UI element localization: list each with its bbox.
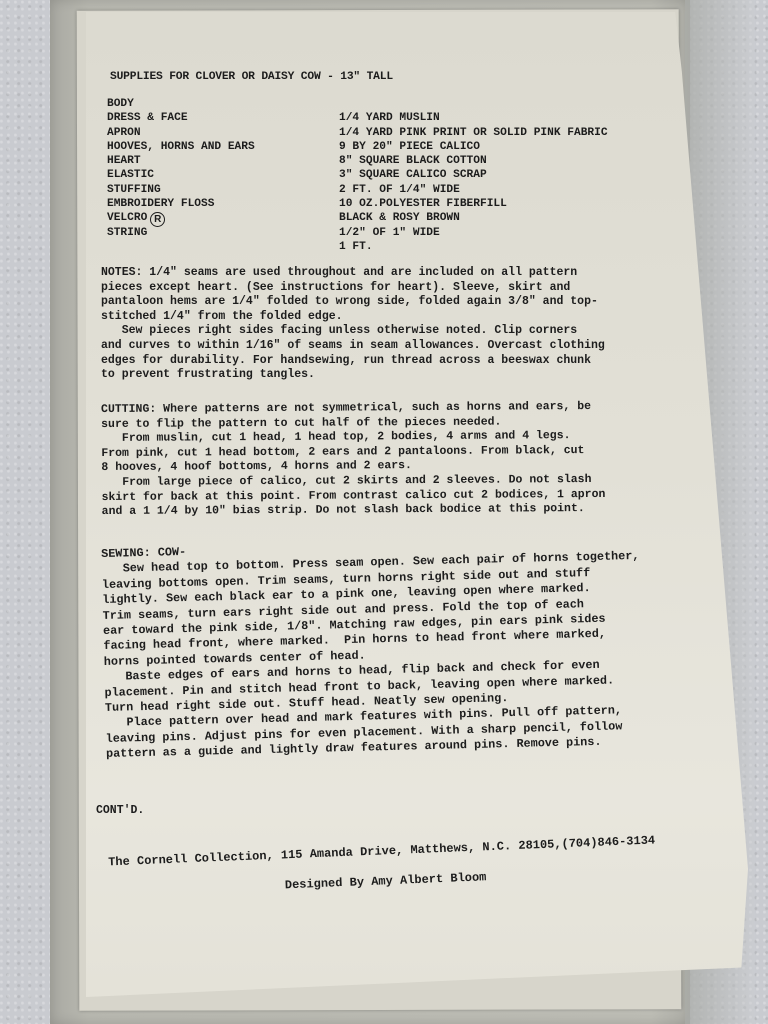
notes-line: pantaloon hems are 1/4" folded to wrong … [101, 295, 605, 310]
supply-row: STRING1/2" OF 1" WIDE [107, 227, 608, 241]
footer-designer: Designed By Amy Albert Bloom [285, 863, 657, 892]
registered-trademark-icon: R [150, 212, 165, 227]
supply-row: APRON1/4 YARD PINK PRINT OR SOLID PINK F… [107, 127, 608, 141]
supply-item: VELCROR [107, 212, 339, 226]
supply-item: STRING [107, 227, 339, 241]
supply-quantity: 3" SQUARE CALICO SCRAP [339, 169, 487, 183]
notes-line: stitched 1/4" from the folded edge. [101, 310, 605, 325]
footer-address: The Cornell Collection, 115 Amanda Drive… [108, 833, 655, 869]
supply-quantity: 1 FT. [339, 241, 373, 255]
cutting-section: CUTTING: Where patterns are not symmetri… [101, 400, 606, 520]
supply-row: STUFFING2 FT. OF 1/4" WIDE [107, 184, 608, 198]
supply-item: DRESS & FACE [107, 112, 339, 126]
continued-label: CONT'D. [96, 804, 144, 817]
supply-row: BODY [107, 98, 608, 112]
supply-row: 1 FT. [107, 241, 608, 255]
supply-row: ELASTIC3" SQUARE CALICO SCRAP [107, 169, 608, 183]
supply-row: DRESS & FACE1/4 YARD MUSLIN [107, 112, 608, 126]
supply-quantity: 2 FT. OF 1/4" WIDE [339, 184, 460, 198]
supply-item: EMBROIDERY FLOSS [107, 198, 339, 212]
supply-row: HOOVES, HORNS AND EARS9 BY 20" PIECE CAL… [107, 141, 608, 155]
cutting-line: CUTTING: Where patterns are not symmetri… [101, 400, 605, 418]
notes-line: and curves to within 1/16" of seams in s… [101, 339, 605, 354]
supply-item: APRON [107, 127, 339, 141]
notes-line: to prevent frustrating tangles. [101, 368, 605, 383]
supply-item: ELASTIC [107, 169, 339, 183]
cutting-line: and a 1 1/4 by 10" bias strip. Do not sl… [102, 502, 606, 520]
notes-line: pieces except heart. (See instructions f… [101, 281, 605, 296]
supply-item [107, 241, 339, 255]
supply-item: HEART [107, 155, 339, 169]
supplies-list: BODYDRESS & FACE1/4 YARD MUSLINAPRON1/4 … [107, 98, 608, 255]
supply-quantity: 8" SQUARE BLACK COTTON [339, 155, 487, 169]
notes-line: NOTES: 1/4" seams are used throughout an… [101, 266, 605, 281]
supply-quantity: BLACK & ROSY BROWN [339, 212, 460, 226]
supply-quantity: 10 OZ.POLYESTER FIBERFILL [339, 198, 507, 212]
supply-item: STUFFING [107, 184, 339, 198]
sewing-section: SEWING: COW- Sew head top to bottom. Pre… [101, 534, 644, 763]
supply-item: BODY [107, 98, 339, 112]
notes-section: NOTES: 1/4" seams are used throughout an… [101, 266, 605, 383]
supply-row: EMBROIDERY FLOSS10 OZ.POLYESTER FIBERFIL… [107, 198, 608, 212]
notes-line: edges for durability. For handsewing, ru… [101, 354, 605, 369]
supply-row: VELCRORBLACK & ROSY BROWN [107, 212, 608, 226]
supply-quantity: 1/4 YARD PINK PRINT OR SOLID PINK FABRIC [339, 127, 608, 141]
supply-row: HEART8" SQUARE BLACK COTTON [107, 155, 608, 169]
supply-quantity: 1/4 YARD MUSLIN [339, 112, 440, 126]
notes-line: Sew pieces right sides facing unless oth… [101, 324, 605, 339]
supply-quantity: 1/2" OF 1" WIDE [339, 227, 440, 241]
document-title: SUPPLIES FOR CLOVER OR DAISY COW - 13" T… [110, 70, 393, 84]
supply-item: HOOVES, HORNS AND EARS [107, 141, 339, 155]
supply-quantity: 9 BY 20" PIECE CALICO [339, 141, 480, 155]
